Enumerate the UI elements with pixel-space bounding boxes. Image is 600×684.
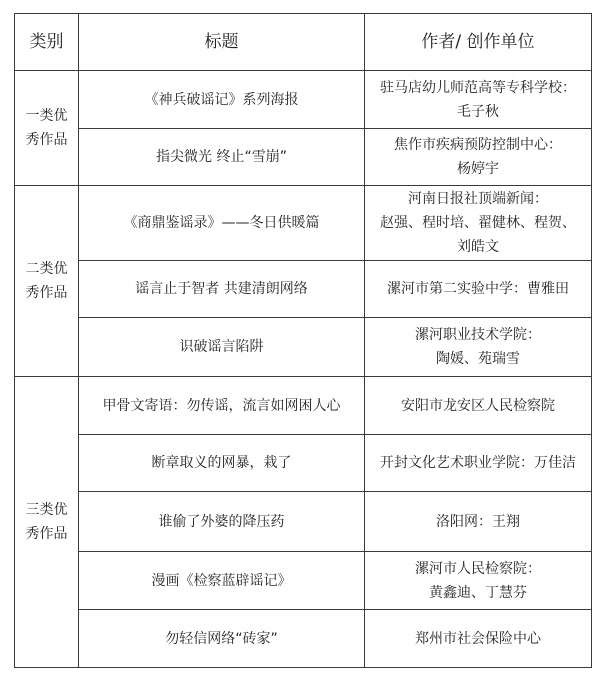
author-line: 河南日报社顶端新闻： xyxy=(369,187,587,211)
category-label: 秀作品 xyxy=(17,128,76,152)
author-cell: 郑州市社会保险中心 xyxy=(365,610,592,668)
category-label: 秀作品 xyxy=(17,281,76,305)
category-cell: 二类优 秀作品 xyxy=(15,186,79,377)
table-row: 谣言止于智者 共建清朗网络 漯河市第二实验中学：曹雅田 xyxy=(15,261,592,318)
title-cell: 识破谣言陷阱 xyxy=(79,318,365,377)
title-cell: 指尖微光 终止“雪崩” xyxy=(79,129,365,186)
table-row: 漫画《检察蓝辟谣记》 漯河市人民检察院： 黄鑫迪、丁慧芬 xyxy=(15,552,592,610)
author-line: 漯河职业技术学院： xyxy=(369,323,587,347)
author-cell: 洛阳网：王翔 xyxy=(365,492,592,552)
table-row: 勿轻信网络“砖家” 郑州市社会保险中心 xyxy=(15,610,592,668)
table-row: 三类优 秀作品 甲骨文寄语：勿传谣，流言如网困人心 安阳市龙安区人民检察院 xyxy=(15,377,592,435)
author-line: 赵强、程时培、翟健林、程贺、 xyxy=(369,211,587,235)
author-cell: 河南日报社顶端新闻： 赵强、程时培、翟健林、程贺、 刘皓文 xyxy=(365,186,592,261)
author-cell: 开封文化艺术职业学院：万佳洁 xyxy=(365,435,592,492)
table-row: 一类优 秀作品 《神兵破谣记》系列海报 驻马店幼儿师范高等专科学校： 毛子秋 xyxy=(15,71,592,129)
header-title: 标题 xyxy=(79,14,365,71)
table-row: 指尖微光 终止“雪崩” 焦作市疾病预防控制中心： 杨婷宇 xyxy=(15,129,592,186)
title-cell: 断章取义的网暴，栽了 xyxy=(79,435,365,492)
title-cell: 甲骨文寄语：勿传谣，流言如网困人心 xyxy=(79,377,365,435)
category-label: 三类优 xyxy=(17,498,76,522)
category-label: 二类优 xyxy=(17,257,76,281)
author-line: 毛子秋 xyxy=(369,100,587,124)
author-cell: 漯河职业技术学院： 陶媛、苑瑞雪 xyxy=(365,318,592,377)
author-line: 洛阳网：王翔 xyxy=(369,510,587,534)
title-cell: 谣言止于智者 共建清朗网络 xyxy=(79,261,365,318)
header-row: 类别 标题 作者/ 创作单位 xyxy=(15,14,592,71)
author-line: 漯河市第二实验中学：曹雅田 xyxy=(369,277,587,301)
author-cell: 漯河市第二实验中学：曹雅田 xyxy=(365,261,592,318)
table-row: 断章取义的网暴，栽了 开封文化艺术职业学院：万佳洁 xyxy=(15,435,592,492)
title-cell: 漫画《检察蓝辟谣记》 xyxy=(79,552,365,610)
title-cell: 勿轻信网络“砖家” xyxy=(79,610,365,668)
author-line: 黄鑫迪、丁慧芬 xyxy=(369,581,587,605)
author-cell: 漯河市人民检察院： 黄鑫迪、丁慧芬 xyxy=(365,552,592,610)
title-cell: 《商鼎鉴谣录》——冬日供暖篇 xyxy=(79,186,365,261)
author-line: 杨婷宇 xyxy=(369,157,587,181)
author-line: 安阳市龙安区人民检察院 xyxy=(369,394,587,418)
author-line: 焦作市疾病预防控制中心： xyxy=(369,133,587,157)
table-row: 识破谣言陷阱 漯河职业技术学院： 陶媛、苑瑞雪 xyxy=(15,318,592,377)
author-cell: 安阳市龙安区人民检察院 xyxy=(365,377,592,435)
header-author: 作者/ 创作单位 xyxy=(365,14,592,71)
author-line: 驻马店幼儿师范高等专科学校： xyxy=(369,76,587,100)
category-cell: 一类优 秀作品 xyxy=(15,71,79,186)
awards-table: 类别 标题 作者/ 创作单位 一类优 秀作品 《神兵破谣记》系列海报 驻马店幼儿… xyxy=(14,13,592,668)
title-cell: 《神兵破谣记》系列海报 xyxy=(79,71,365,129)
category-label: 一类优 xyxy=(17,104,76,128)
table-row: 谁偷了外婆的降压药 洛阳网：王翔 xyxy=(15,492,592,552)
author-line: 陶媛、苑瑞雪 xyxy=(369,347,587,371)
author-cell: 焦作市疾病预防控制中心： 杨婷宇 xyxy=(365,129,592,186)
category-cell: 三类优 秀作品 xyxy=(15,377,79,668)
author-line: 郑州市社会保险中心 xyxy=(369,627,587,651)
title-cell: 谁偷了外婆的降压药 xyxy=(79,492,365,552)
author-line: 开封文化艺术职业学院：万佳洁 xyxy=(369,451,587,475)
category-label: 秀作品 xyxy=(17,522,76,546)
author-cell: 驻马店幼儿师范高等专科学校： 毛子秋 xyxy=(365,71,592,129)
author-line: 刘皓文 xyxy=(369,235,587,259)
header-category: 类别 xyxy=(15,14,79,71)
table-row: 二类优 秀作品 《商鼎鉴谣录》——冬日供暖篇 河南日报社顶端新闻： 赵强、程时培… xyxy=(15,186,592,261)
author-line: 漯河市人民检察院： xyxy=(369,557,587,581)
